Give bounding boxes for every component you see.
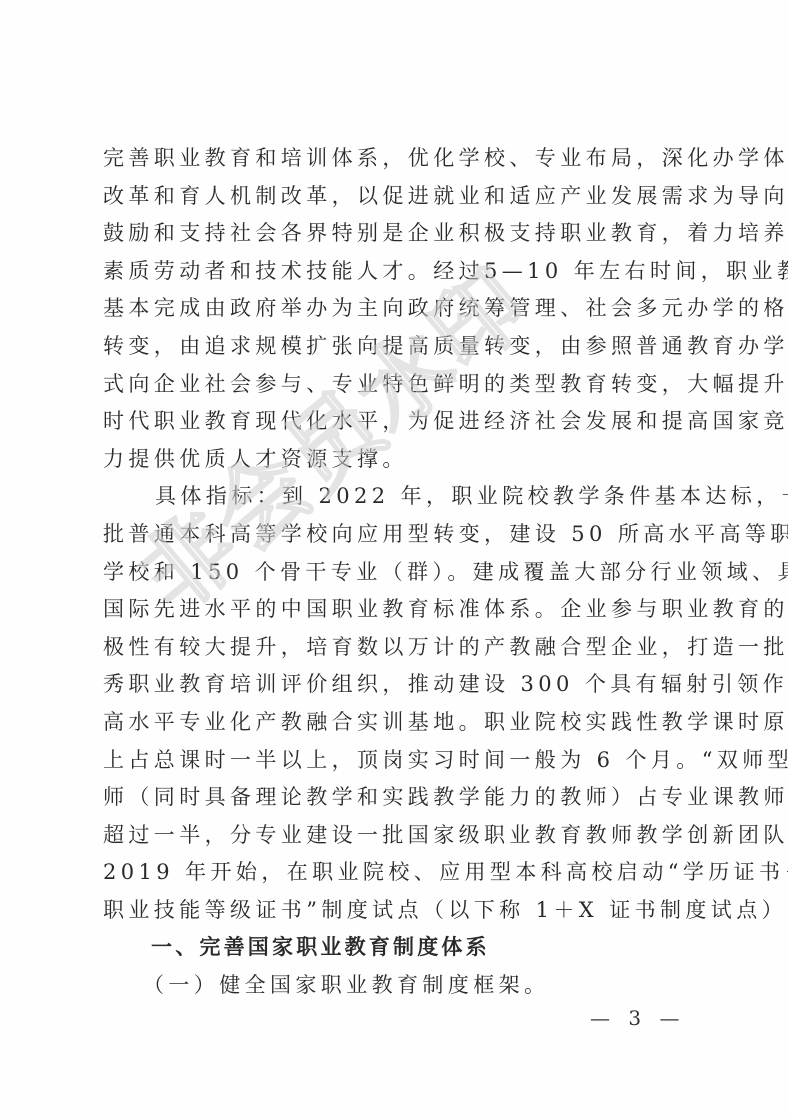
paragraph-specific-indicators: 具体指标：到 2022 年，职业院校教学条件基本达标，一大 批普通本科高等学校向… (103, 478, 685, 929)
text-line: 时代职业教育现代化水平，为促进经济社会发展和提高国家竞争 (103, 403, 685, 441)
page-number: — 3 — (590, 1006, 685, 1030)
document-body: 完善职业教育和培训体系，优化学校、专业布局，深化办学体制 改革和育人机制改革，以… (103, 140, 685, 1005)
text-line: 学校和 150 个骨干专业（群）。建成覆盖大部分行业领域、具有 (103, 554, 685, 592)
document-page: 完善职业教育和培训体系，优化学校、专业布局，深化办学体制 改革和育人机制改革，以… (0, 0, 788, 1118)
section-heading: 一、完善国家职业教育制度体系 (103, 929, 685, 967)
text-line: 转变，由追求规模扩张向提高质量转变，由参照普通教育办学模 (103, 328, 685, 366)
text-line: 职业技能等级证书”制度试点（以下称 1＋X 证书制度试点）工作。 (103, 892, 685, 930)
text-line: 师（同时具备理论教学和实践教学能力的教师）占专业课教师总数 (103, 779, 685, 817)
paragraph-overview: 完善职业教育和培训体系，优化学校、专业布局，深化办学体制 改革和育人机制改革，以… (103, 140, 685, 478)
text-line: 具体指标：到 2022 年，职业院校教学条件基本达标，一大 (103, 478, 685, 516)
text-line: 2019 年开始，在职业院校、应用型本科高校启动“学历证书＋若干 (103, 854, 685, 892)
text-line: 秀职业教育培训评价组织，推动建设 300 个具有辐射引领作用的 (103, 666, 685, 704)
text-line: 极性有较大提升，培育数以万计的产教融合型企业，打造一批优 (103, 629, 685, 667)
text-line: 鼓励和支持社会各界特别是企业积极支持职业教育，着力培养高 (103, 215, 685, 253)
text-line: 力提供优质人才资源支撑。 (103, 441, 685, 479)
text-line: 改革和育人机制改革，以促进就业和适应产业发展需求为导向， (103, 178, 685, 216)
subsection-heading: （一）健全国家职业教育制度框架。 (103, 967, 685, 1005)
text-line: 式向企业社会参与、专业特色鲜明的类型教育转变，大幅提升新 (103, 366, 685, 404)
text-line: 高水平专业化产教融合实训基地。职业院校实践性教学课时原则 (103, 704, 685, 742)
text-line: 完善职业教育和培训体系，优化学校、专业布局，深化办学体制 (103, 140, 685, 178)
text-line: 素质劳动者和技术技能人才。经过5—10 年左右时间，职业教育 (103, 253, 685, 291)
text-line: 批普通本科高等学校向应用型转变，建设 50 所高水平高等职业 (103, 516, 685, 554)
text-line: 上占总课时一半以上，顶岗实习时间一般为 6 个月。“双师型”教 (103, 742, 685, 780)
text-line: 国际先进水平的中国职业教育标准体系。企业参与职业教育的积 (103, 591, 685, 629)
text-line: 基本完成由政府举办为主向政府统筹管理、社会多元办学的格局 (103, 290, 685, 328)
text-line: 超过一半，分专业建设一批国家级职业教育教师教学创新团队。从 (103, 817, 685, 855)
